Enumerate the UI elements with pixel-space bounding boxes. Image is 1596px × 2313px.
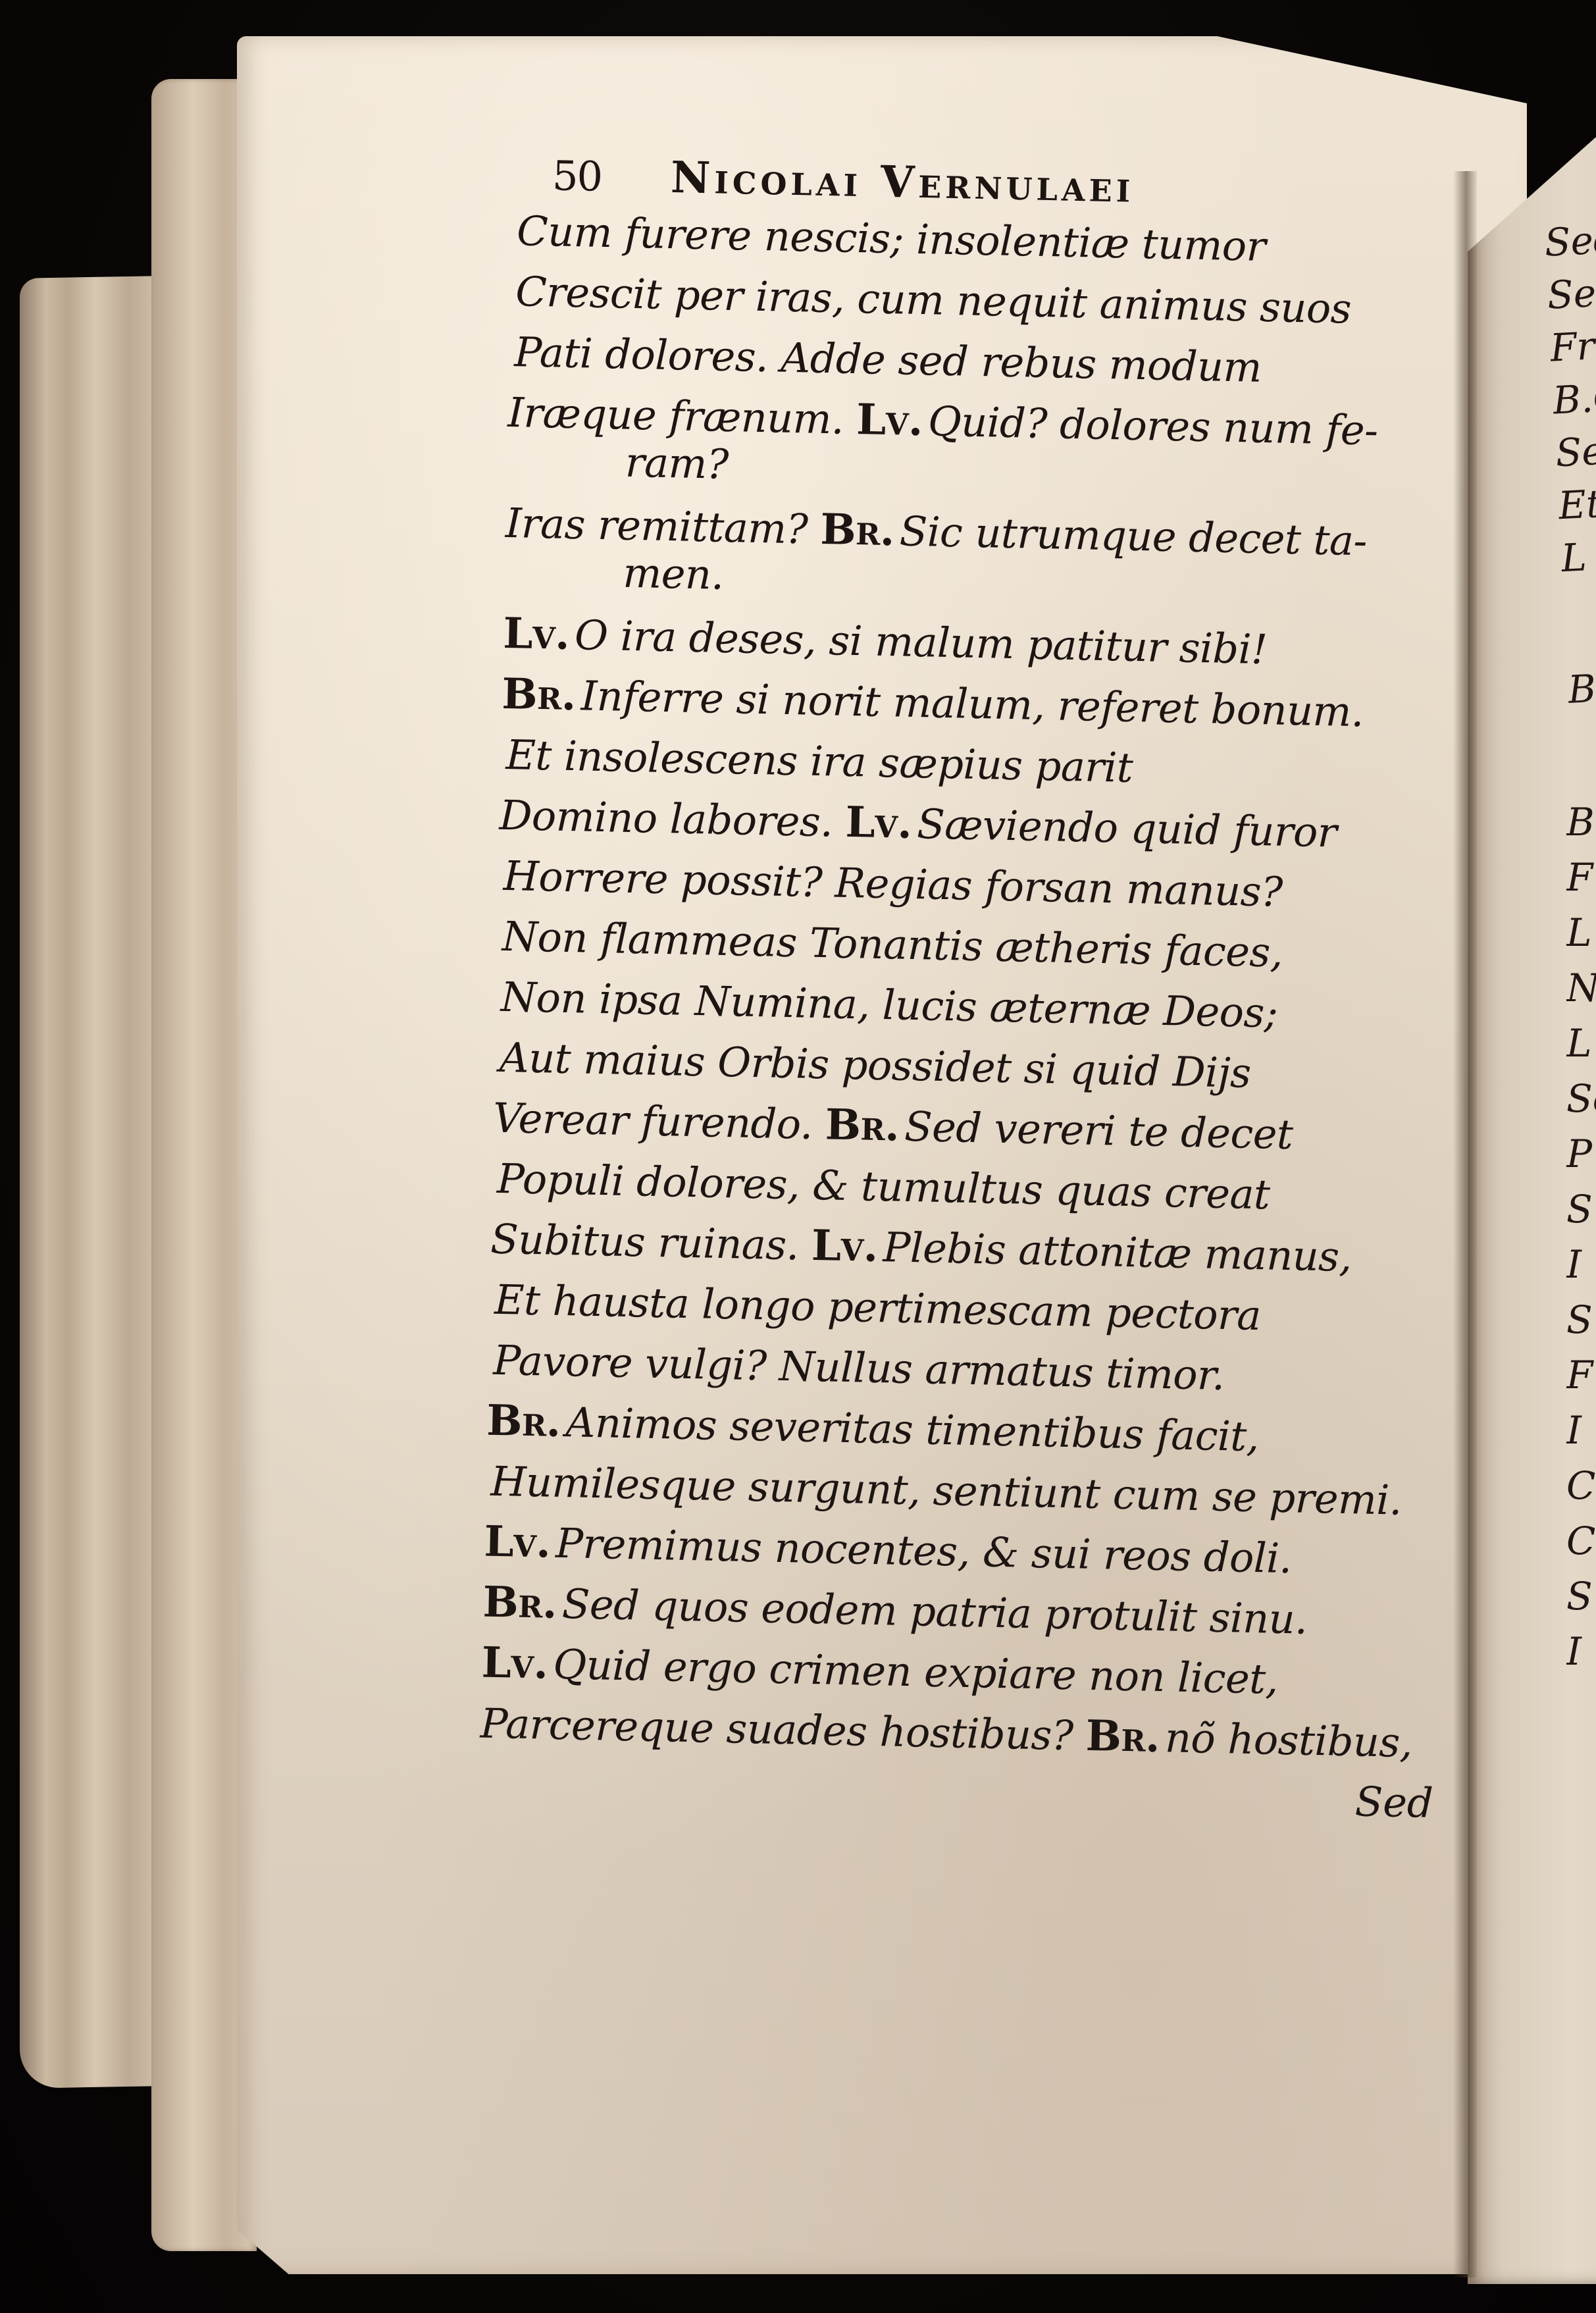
recto-text-fragments-lower: B F L N L Se P S I S F I C C S I	[1566, 800, 1596, 1684]
speaker-label: Lv.	[503, 609, 570, 660]
verse-text: Sed vereri te decet	[904, 1103, 1293, 1158]
verse-text: Sed quos eodem patria protulit sinu.	[561, 1580, 1308, 1644]
recto-fragment: Et	[1557, 481, 1596, 536]
verse-text: Sic utrumque decet ta-	[899, 507, 1368, 565]
recto-fragment: B	[1566, 800, 1596, 855]
recto-fragment: L	[1566, 910, 1596, 966]
recto-fragment: Se	[1566, 1076, 1596, 1131]
verse-text: Non ipsa Numina, lucis æternæ Deos;	[500, 973, 1278, 1037]
verse-text: Cum furere nescis; insolentiæ tumor	[517, 207, 1266, 271]
speaker-label: Br.	[502, 669, 577, 720]
verse-text: Parcereque suades hostibus?	[480, 1699, 1073, 1759]
verse-text: Quid? dolores num fe-	[927, 397, 1378, 454]
recto-fragment: S	[1566, 1297, 1596, 1353]
recto-fragment: L	[1560, 533, 1596, 589]
recto-fragment: S	[1566, 1187, 1596, 1242]
verse-text: Verear furendo.	[492, 1094, 813, 1149]
speaker-label: Lv.	[481, 1638, 548, 1689]
verse-text: O ira deses, si malum patitur sibi!	[574, 611, 1268, 673]
verso-text-block: 50 Nicolai Vernulaei Cum furere nescis; …	[478, 148, 1474, 1833]
recto-fragment: L	[1566, 1021, 1596, 1076]
recto-fragment: N	[1566, 966, 1596, 1021]
verse-text: Pati dolores. Adde sed rebus modum	[514, 328, 1262, 392]
verse-text: Et hausta longo pertimescam pectora	[494, 1276, 1262, 1339]
recto-fragment: C	[1566, 1463, 1596, 1519]
verse-text: Non flammeas Tonantis ætheris faces,	[502, 912, 1283, 977]
running-head-title: Nicolai Vernulaei	[670, 151, 1135, 213]
recto-fragment: Seq	[1546, 270, 1596, 326]
verse-text: Et insolescens ira sæpius parit	[505, 731, 1133, 792]
recto-fragment: P	[1566, 1131, 1596, 1187]
page-number: 50	[552, 151, 671, 202]
recto-fragment: S	[1566, 1574, 1596, 1629]
verse-text: Horrere possit? Regias forsan manus?	[503, 852, 1283, 916]
recto-fragment: B.C	[1552, 375, 1596, 431]
verse-lines: Cum furere nescis; insolentiæ tumor Cres…	[480, 201, 1473, 1774]
speaker-label: Lv.	[845, 798, 912, 848]
recto-fragment: Se	[1555, 428, 1596, 484]
verse-text: Domino labores.	[499, 791, 833, 846]
recto-fragment: I	[1566, 1242, 1596, 1297]
verse-text: Pavore vulgi? Nullus armatus timor.	[493, 1336, 1225, 1399]
recto-fragment: F	[1566, 855, 1596, 910]
speaker-label: Br.	[825, 1100, 900, 1151]
recto-fragment: I	[1566, 1629, 1596, 1684]
verse-text: Iræque frænum.	[507, 388, 844, 444]
book-photograph: 50 Nicolai Vernulaei Cum furere nescis; …	[0, 0, 1596, 2313]
verse-text: Inferre si norit malum, referet bonum.	[580, 671, 1364, 736]
verse-text: Crescit per iras, cum nequit animus suos	[515, 267, 1352, 333]
recto-fragment: I	[1566, 1408, 1596, 1463]
verse-text: Aut maius Orbis possidet si quid Dijs	[499, 1033, 1251, 1097]
speaker-label: Lv.	[811, 1221, 878, 1272]
verse-text: Premimus nocentes, & sui reos doli.	[555, 1519, 1293, 1582]
speaker-label: Br.	[482, 1578, 557, 1628]
verse-text: Animos severitas timentibus facit,	[565, 1398, 1260, 1461]
recto-fragment: F	[1566, 1353, 1596, 1408]
recto-fragment: C	[1566, 1519, 1596, 1574]
verse-text: nõ hostibus,	[1164, 1713, 1412, 1767]
verse-text: Populi dolores, & tumultus quas creat	[496, 1155, 1270, 1219]
recto-fragment: B	[1567, 664, 1596, 720]
verse-text: Subitus ruinas.	[490, 1215, 800, 1270]
verse-text: Plebis attonitæ manus,	[883, 1223, 1352, 1281]
verse-text: Sæviendo quid furor	[917, 800, 1337, 856]
verse-text: Iras remittam?	[505, 499, 808, 554]
speaker-label: Br.	[486, 1396, 561, 1447]
speaker-label: Lv.	[856, 395, 923, 446]
speaker-label: Br.	[1085, 1711, 1160, 1762]
verse-text: Quid ergo crimen expiare non licet,	[553, 1640, 1279, 1703]
recto-fragment: Sed	[1543, 217, 1596, 273]
speaker-label: Br.	[820, 505, 895, 556]
speaker-label: Lv.	[484, 1517, 551, 1568]
recto-fragment: Fr	[1549, 323, 1596, 378]
